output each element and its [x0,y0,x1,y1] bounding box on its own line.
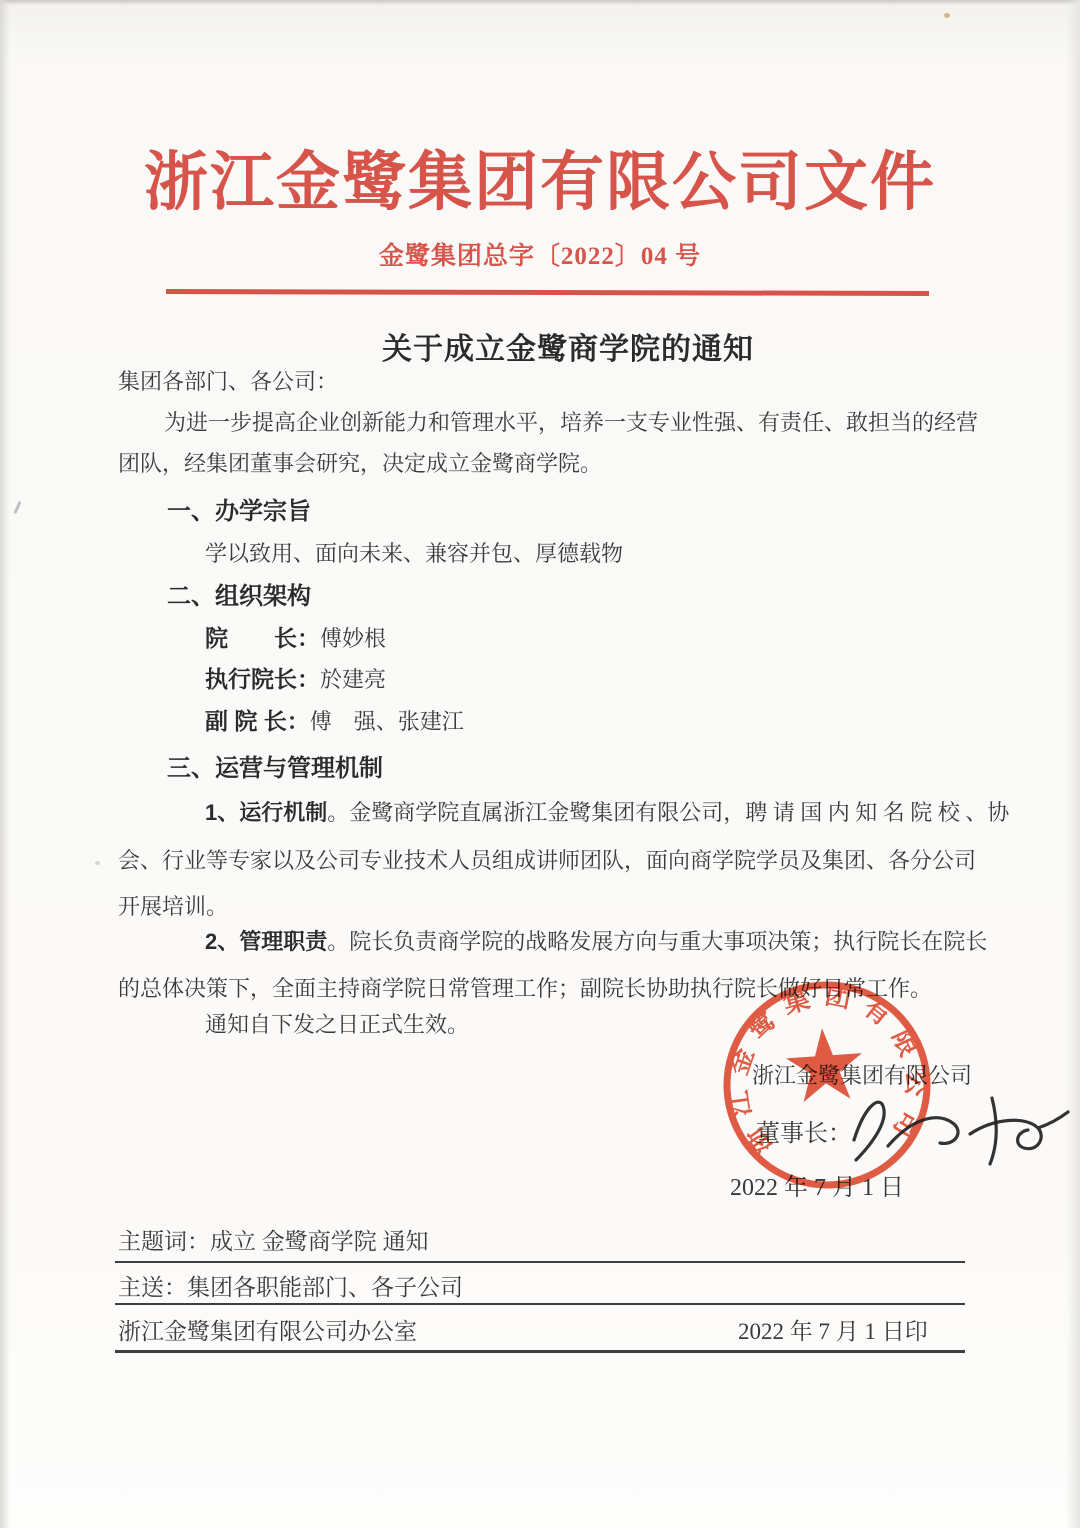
scan-artifact-speck [944,13,950,18]
item1-line-1: 1、运行机制。金鹭商学院直属浙江金鹭集团有限公司，聘 请 国 内 知 名 院 校… [205,800,1009,826]
footer-rule-2 [115,1303,965,1305]
section1-content: 学以致用、面向未来、兼容并包、厚德载物 [205,541,623,567]
item2-lead: 管理职责 [239,929,327,954]
position-value: 於建亮 [320,667,386,692]
salutation: 集团各部门、各公司： [118,369,338,395]
position-value: 傅 强、张建江 [310,709,464,734]
position-label: 副 院 长： [205,708,310,734]
scan-edge-right [1066,0,1080,1528]
item1-rest: 。金鹭商学院直属浙江金鹭集团有限公司，聘 请 国 内 知 名 院 校 、协 [327,800,1009,825]
item1-num: 1、 [205,800,239,825]
footer-cc-row: 主送：集团各职能部门、各子公司 [118,1274,463,1301]
doc-number: 金鹭集团总字〔2022〕04 号 [0,236,1080,272]
footer-rule-1 [115,1261,965,1263]
scan-edge-top [0,0,1080,5]
chairman-signature [842,1090,1072,1170]
item1-line-3: 开展培训。 [118,894,228,920]
position-label: 院 长： [205,625,320,651]
position-row-dean: 院 长：傅妙根 [205,625,386,652]
item1-line-2: 会、行业等专家以及公司专业技术人员组成讲师团队，面向商学院学员及集团、各分公司 [118,848,976,874]
scan-artifact-tick [13,501,21,514]
subject-value: 成立 金鹭商学院 通知 [210,1229,429,1254]
position-value: 傅妙根 [320,626,386,651]
item2-rest: 。院长负责商学院的战略发展方向与重大事项决策；执行院长在院长 [327,929,987,954]
doc-title: 关于成立金鹭商学院的通知 [28,324,1080,368]
org-title: 浙江金鹭集团有限公司文件 [0,131,1080,223]
item2-num: 2、 [205,929,239,954]
position-row-vice-dean: 副 院 长：傅 强、张建江 [205,708,464,735]
item1-lead: 运行机制 [239,800,327,825]
section1-heading: 一、办学宗旨 [167,498,311,526]
cc-value: 集团各职能部门、各子公司 [187,1275,463,1300]
section3-heading: 三、运营与管理机制 [167,755,383,783]
cc-label: 主送： [118,1275,187,1300]
intro-line-2: 团队，经集团董事会研究，决定成立金鹭商学院。 [118,451,602,477]
footer-office: 浙江金鹭集团有限公司办公室 [118,1318,417,1345]
header-rule [166,289,929,296]
footer-subject-row: 主题词：成立 金鹭商学院 通知 [118,1228,429,1255]
intro-line-1: 为进一步提高企业创新能力和管理水平，培养一支专业性强、有责任、敢担当的经营 [164,410,978,436]
effective-line: 通知自下发之日正式生效。 [205,1012,469,1038]
section2-heading: 二、组织架构 [167,583,311,611]
footer-print-date: 2022 年 7 月 1 日印 [738,1318,928,1345]
subject-label: 主题词： [118,1229,210,1254]
footer-rule-3 [115,1350,965,1353]
position-label: 执行院长： [205,666,320,692]
position-row-exec-dean: 执行院长：於建亮 [205,666,386,693]
scan-artifact-dot [95,861,100,865]
scan-edge-left [0,0,10,1528]
item2-line-1: 2、管理职责。院长负责商学院的战略发展方向与重大事项决策；执行院长在院长 [205,929,987,955]
